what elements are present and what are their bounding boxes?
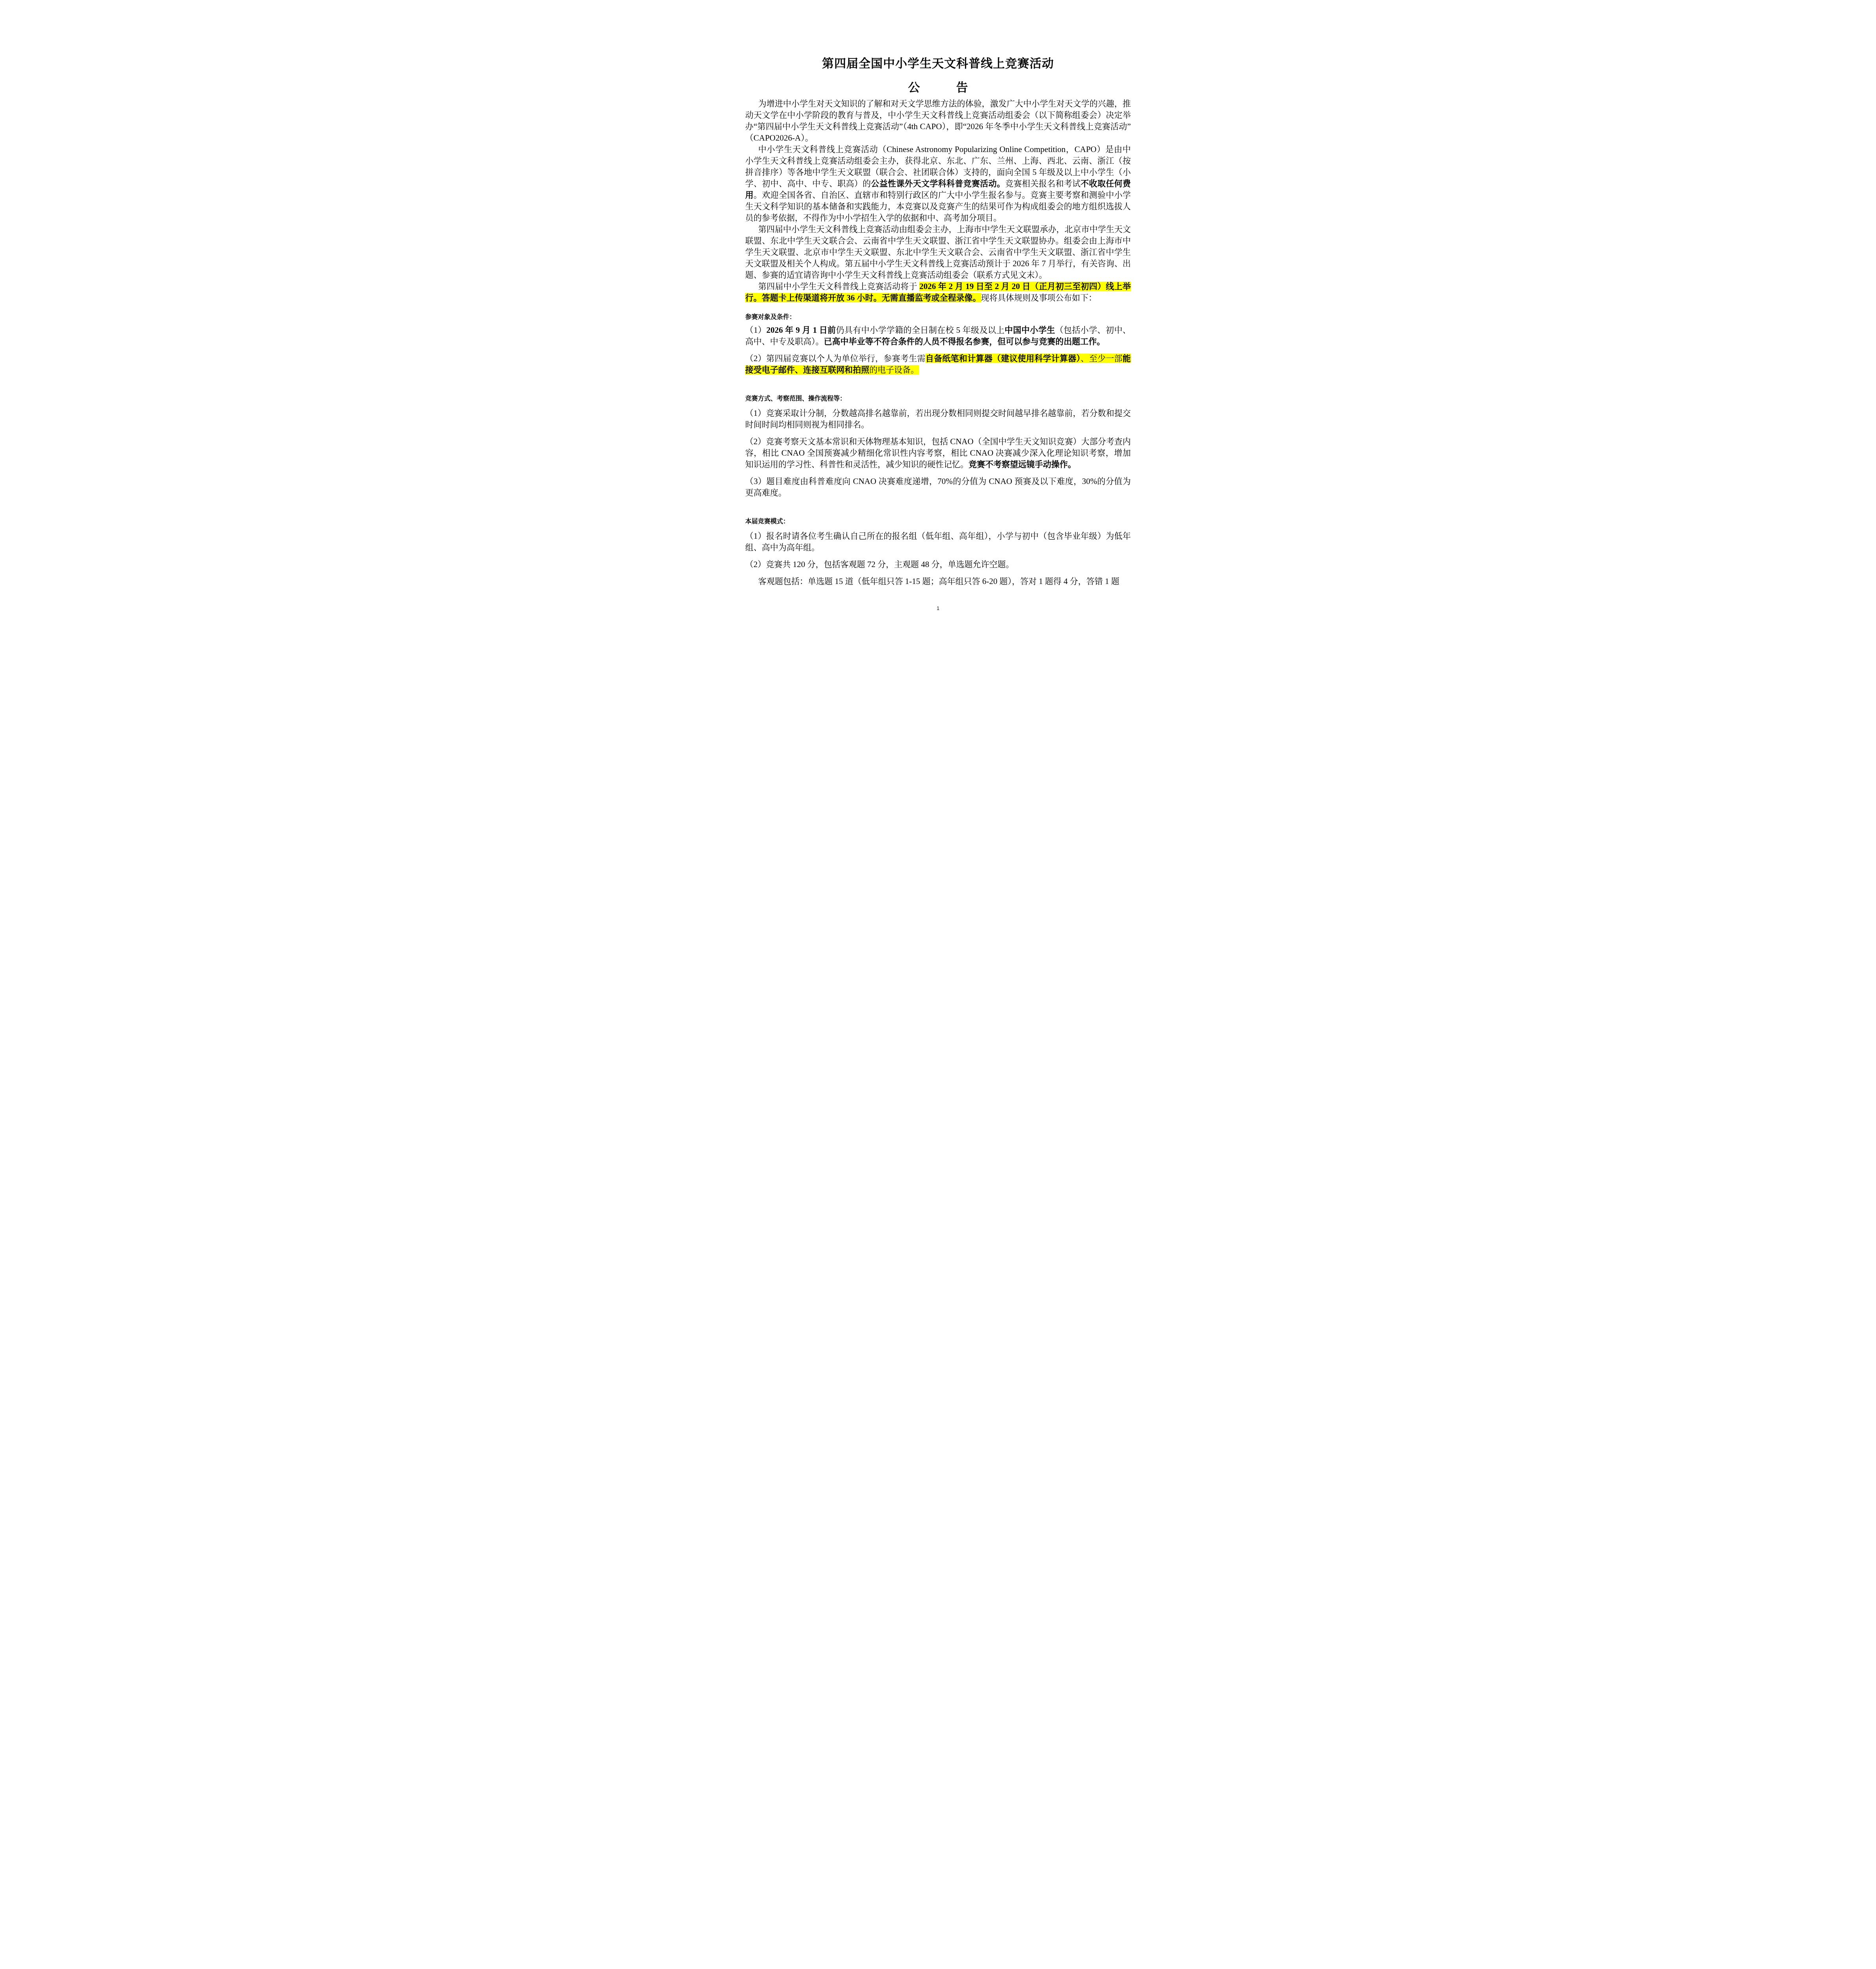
- bold-run: 公益性课外天文学科科普竞赛活动。: [871, 179, 1005, 188]
- intro-paragraph-3: 第四届中小学生天文科普线上竞赛活动由组委会主办，上海市中学生天文联盟承办，北京市…: [745, 224, 1131, 281]
- highlight-run: 自备纸笔和计算器（建议使用科学计算器）: [926, 354, 1081, 363]
- text-run: 仍具有中小学学籍的全日制在校 5 年级及以上: [836, 325, 1004, 335]
- doc-title: 第四届全国中小学生天文科普线上竞赛活动: [745, 56, 1131, 72]
- text-run: 现将具体规则及事项公布如下：: [981, 293, 1097, 302]
- mode-item-1: （1）报名时请各位考生确认自己所在的报名组（低年组、高年组），小学与初中（包含毕…: [745, 530, 1131, 553]
- subtitle-char-left: 公: [908, 80, 920, 96]
- format-item-1: （1）竞赛采取计分制，分数越高排名越靠前，若出现分数相同则提交时间越早排名越靠前…: [745, 408, 1131, 430]
- intro-paragraph-4: 第四届中小学生天文科普线上竞赛活动将于 2026 年 2 月 19 日至 2 月…: [745, 281, 1131, 304]
- text-run: 竞赛相关报名和考试: [1005, 179, 1081, 188]
- format-item-2: （2）竞赛考察天文基本常识和天体物理基本知识，包括 CNAO（全国中学生天文知识…: [745, 436, 1131, 470]
- eligibility-item-1: （1）2026 年 9 月 1 日前仍具有中小学学籍的全日制在校 5 年级及以上…: [745, 324, 1131, 347]
- page-number: 1: [703, 605, 1173, 612]
- subtitle-char-right: 告: [956, 80, 968, 96]
- bold-run: 竞赛不考察望远镜手动操作。: [969, 460, 1076, 469]
- doc-subtitle: 公 告: [745, 80, 1131, 96]
- text-run: 第四届中小学生天文科普线上竞赛活动将于: [758, 282, 919, 291]
- highlight-run: 的电子设备。: [869, 365, 919, 375]
- text-run: （2）竞赛共 120 分，包括客观题 72 分，主观题 48 分，单选题允许空题…: [745, 560, 1014, 569]
- mode-item-3-objective-note: 客观题包括：单选题 15 道（低年组只答 1-15 题；高年组只答 6-20 题…: [745, 576, 1131, 587]
- format-item-3: （3）题目难度由科普难度向 CNAO 决赛难度递增，70%的分值为 CNAO 预…: [745, 476, 1131, 499]
- text-run: 第四届中小学生天文科普线上竞赛活动由组委会主办，上海市中学生天文联盟承办，北京市…: [745, 224, 1131, 280]
- text-run: 客观题包括：单选题 15 道（低年组只答 1-15 题；高年组只答 6-20 题…: [758, 577, 1119, 586]
- intro-paragraph-2: 中小学生天文科普线上竞赛活动（Chinese Astronomy Popular…: [745, 144, 1131, 224]
- text-run: （1）: [745, 325, 766, 335]
- bold-run: 已高中毕业等不符合条件的人员不得报名参赛，但可以参与竞赛的出题工作。: [824, 337, 1105, 346]
- mode-item-2: （2）竞赛共 120 分，包括客观题 72 分，主观题 48 分，单选题允许空题…: [745, 559, 1131, 570]
- bold-run: 中国中小学生: [1005, 325, 1055, 335]
- text-run: （1）竞赛采取计分制，分数越高排名越靠前，若出现分数相同则提交时间越早排名越靠前…: [745, 408, 1131, 429]
- highlight-run: 、至少一部: [1081, 354, 1123, 363]
- text-run: 。欢迎全国各省、自治区、直辖市和特别行政区的广大中小学生报名参与。竞赛主要考察和…: [745, 190, 1131, 222]
- document-page: 第四届全国中小学生天文科普线上竞赛活动 公 告 为增进中小学生对天文知识的了解和…: [703, 0, 1173, 663]
- bold-run: 2026 年 9 月 1 日前: [766, 325, 836, 335]
- section-heading-eligibility: 参赛对象及条件：: [745, 311, 1131, 323]
- text-run: （1）报名时请各位考生确认自己所在的报名组（低年组、高年组），小学与初中（包含毕…: [745, 531, 1131, 552]
- eligibility-item-2: （2）第四届竞赛以个人为单位举行，参赛考生需自备纸笔和计算器（建议使用科学计算器…: [745, 353, 1131, 376]
- text-run: （2）第四届竞赛以个人为单位举行，参赛考生需: [745, 354, 926, 363]
- intro-paragraph-1: 为增进中小学生对天文知识的了解和对天文学思维方法的体验，激发广大中小学生对天文学…: [745, 98, 1131, 144]
- text-run: （3）题目难度由科普难度向 CNAO 决赛难度递增，70%的分值为 CNAO 预…: [745, 476, 1131, 497]
- section-heading-format: 竞赛方式、考察范围、操作流程等：: [745, 393, 1131, 404]
- section-heading-mode: 本届竞赛模式：: [745, 516, 1131, 527]
- text-run: 为增进中小学生对天文知识的了解和对天文学思维方法的体验，激发广大中小学生对天文学…: [745, 99, 1131, 143]
